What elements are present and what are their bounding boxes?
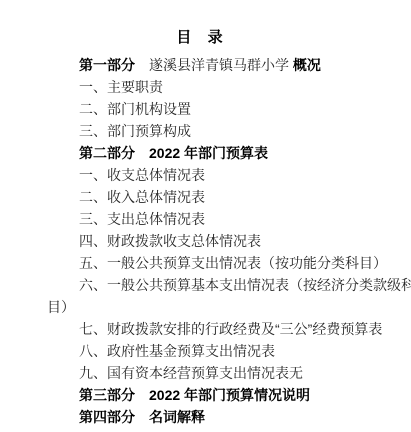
toc-text: 遂溪县洋青镇马群小学 [135, 57, 293, 73]
toc-text-bold: 第四部分 名词解释 [79, 409, 205, 425]
toc-item: 一、收支总体情况表 [47, 164, 397, 186]
toc-text-bold: 第一部分 [79, 57, 135, 73]
toc-item: 九、国有资本经营预算支出情况表无 [47, 362, 397, 384]
toc-item: 目） [47, 296, 397, 318]
toc-item: 三、部门预算构成 [47, 120, 397, 142]
toc-item: 二、部门机构设置 [47, 98, 397, 120]
toc-section-heading: 第一部分 遂溪县洋青镇马群小学 概况 [47, 54, 397, 76]
toc-text: 一、收支总体情况表 [79, 167, 205, 183]
toc-text-bold: 概况 [293, 57, 321, 73]
toc-item: 四、财政拨款收支总体情况表 [47, 230, 397, 252]
toc-item: 六、一般公共预算基本支出情况表（按经济分类款级科 [47, 274, 397, 296]
toc-text: 八、政府性基金预算支出情况表 [79, 343, 275, 359]
toc-section-heading: 第二部分 2022 年部门预算表 [47, 142, 397, 164]
toc-list: 第一部分 遂溪县洋青镇马群小学 概况一、主要职责二、部门机构设置三、部门预算构成… [0, 54, 411, 428]
toc-section-heading: 第四部分 名词解释 [47, 406, 397, 428]
toc-item: 一、主要职责 [47, 76, 397, 98]
toc-text: 四、财政拨款收支总体情况表 [79, 233, 261, 249]
toc-item: 八、政府性基金预算支出情况表 [47, 340, 397, 362]
toc-item: 二、收入总体情况表 [47, 186, 397, 208]
toc-text: 三、支出总体情况表 [79, 211, 205, 227]
toc-text: 七、财政拨款安排的行政经费及“三公”经费预算表 [79, 321, 382, 337]
toc-section-heading: 第三部分 2022 年部门预算情况说明 [47, 384, 397, 406]
document-page: 目 录 第一部分 遂溪县洋青镇马群小学 概况一、主要职责二、部门机构设置三、部门… [0, 0, 411, 432]
toc-item: 三、支出总体情况表 [47, 208, 397, 230]
toc-text: 九、国有资本经营预算支出情况表无 [79, 365, 303, 381]
toc-item: 五、一般公共预算支出情况表（按功能分类科目） [47, 252, 397, 274]
toc-text-bold: 第三部分 2022 年部门预算情况说明 [79, 387, 310, 403]
toc-text: 二、收入总体情况表 [79, 189, 205, 205]
toc-text: 一、主要职责 [79, 79, 163, 95]
page-title: 目 录 [0, 0, 411, 47]
toc-text-bold: 第二部分 2022 年部门预算表 [79, 145, 268, 161]
toc-text: 二、部门机构设置 [79, 101, 191, 117]
toc-item: 七、财政拨款安排的行政经费及“三公”经费预算表 [47, 318, 397, 340]
toc-text: 三、部门预算构成 [79, 123, 191, 139]
toc-text: 五、一般公共预算支出情况表（按功能分类科目） [79, 255, 387, 271]
